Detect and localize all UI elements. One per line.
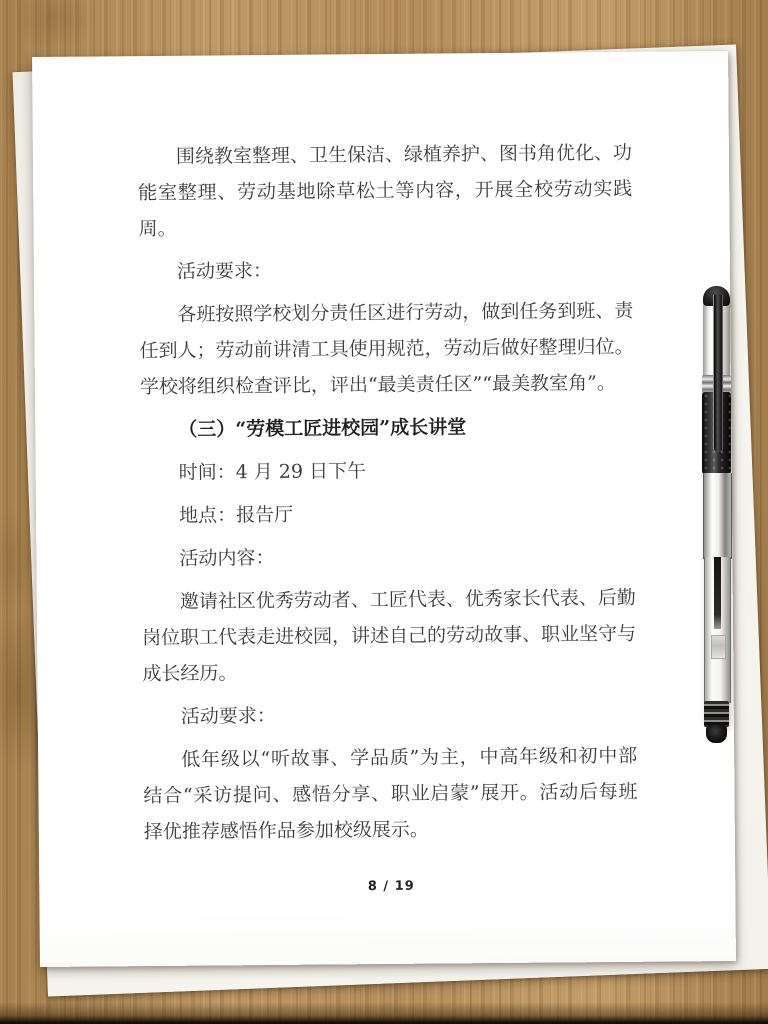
document-paragraph: 地点：报告厅: [141, 494, 635, 534]
document-paragraph: 围绕教室整理、卫生保洁、绿植养护、图书角优化、功能室整理、劳动基地除草松土等内容…: [138, 135, 633, 247]
document-body: 围绕教室整理、卫生保洁、绿植养护、图书角优化、功能室整理、劳动基地除草松土等内容…: [32, 51, 735, 851]
document-paragraph: 活动内容：: [141, 537, 635, 577]
document-paragraph: 活动要求：: [143, 695, 637, 735]
paper-sheet-front: 围绕教室整理、卫生保洁、绿植养护、图书角优化、功能室整理、劳动基地除草松土等内容…: [32, 51, 736, 967]
document-paragraph: 时间：4 月 29 日下午: [141, 451, 635, 491]
document-paragraph: （三）“劳模工匠进校园”成长讲堂: [140, 408, 634, 448]
page-number: 8 / 19: [144, 877, 638, 896]
document-paragraph: 邀请社区优秀劳动者、工匠代表、优秀家长代表、后勤岗位职工代表走进校园，讲述自己的…: [142, 580, 637, 692]
document-paragraph: 各班按照学校划分责任区进行劳动，做到任务到班、责任到人；劳动前讲清工具使用规范，…: [139, 293, 634, 405]
desk-edge-shadow: [0, 1002, 768, 1024]
document-paragraph: 低年级以“听故事、学品质”为主，中高年级和初中部结合“采访提问、感悟分享、职业启…: [143, 738, 638, 850]
pen-end-plug: [706, 725, 727, 743]
pen-upper-barrel: [703, 473, 732, 559]
gel-pen: [699, 286, 739, 744]
pen-ink-refill: [714, 557, 721, 629]
pen-threads: [704, 701, 729, 727]
document-paragraph: 活动要求：: [139, 250, 633, 290]
pen-clip: [713, 295, 723, 452]
pen-refill-label: [711, 635, 726, 659]
pen-clear-barrel: [704, 557, 731, 703]
